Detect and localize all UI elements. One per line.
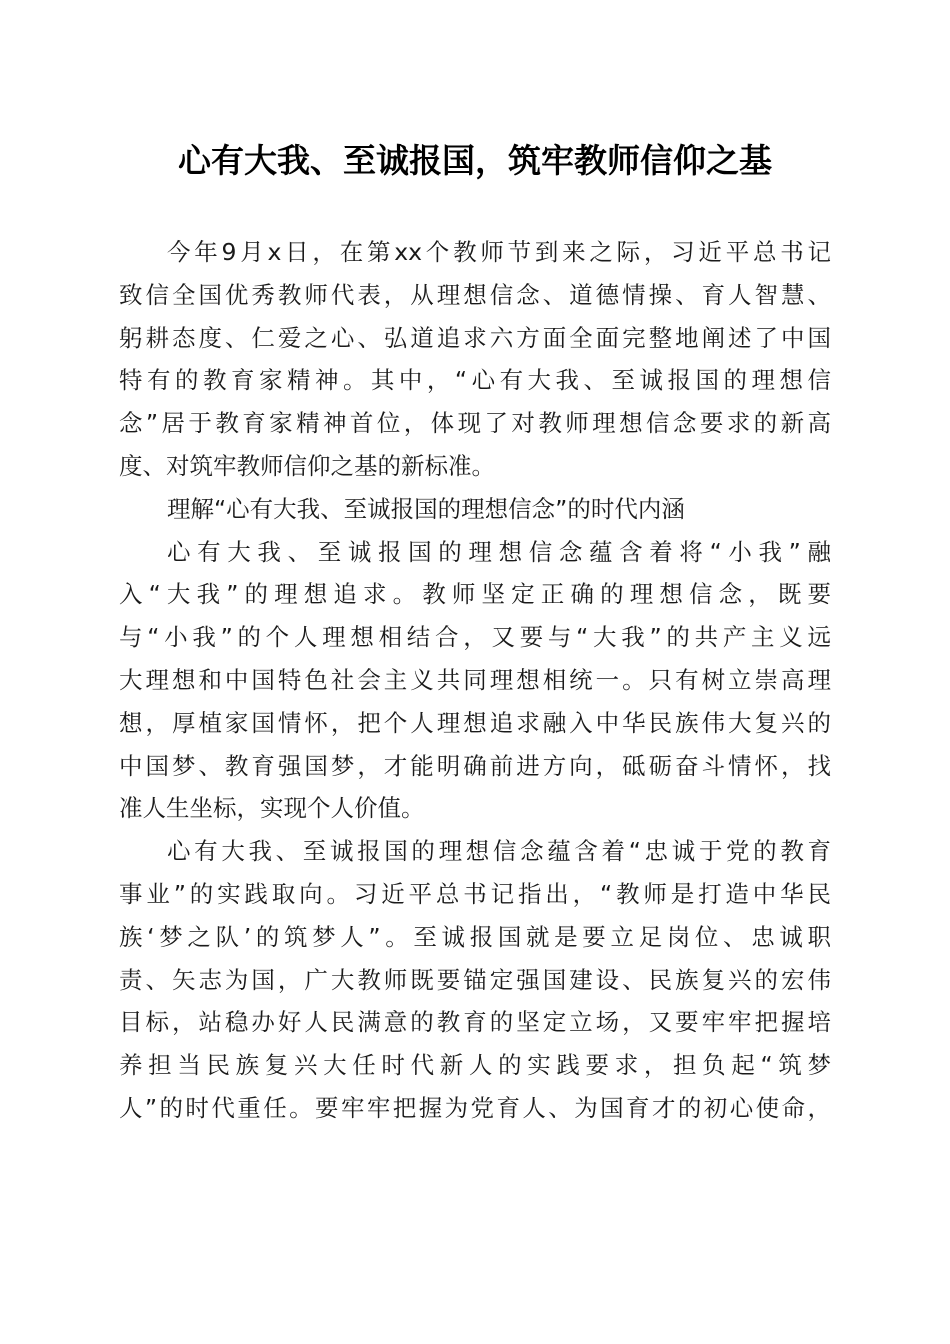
- text-line: 致信全国优秀教师代表，从理想信念、道德情操、育人智慧、: [119, 274, 831, 317]
- text-line: 躬耕态度、仁爱之心、弘道追求六方面全面完整地阐述了中国: [119, 317, 831, 360]
- text-line: 特有的教育家精神。其中，“心有大我、至诚报国的理想信: [119, 359, 831, 402]
- paragraph-practice-orientation: 心有大我、至诚报国的理想信念蕴含着“忠诚于党的教育 事业”的实践取向。习近平总书…: [119, 830, 831, 1130]
- text-line: 今年9月x日，在第xx个教师节到来之际，习近平总书记: [119, 231, 831, 274]
- text-line: 入“大我”的理想追求。教师坚定正确的理想信念，既要: [119, 573, 831, 616]
- paragraph-ideal-pursuit: 心有大我、至诚报国的理想信念蕴含着将“小我”融 入“大我”的理想追求。教师坚定正…: [119, 531, 831, 831]
- text-line: 心有大我、至诚报国的理想信念蕴含着将“小我”融: [119, 531, 831, 574]
- document-page: 心有大我、至诚报国，筑牢教师信仰之基 今年9月x日，在第xx个教师节到来之际，习…: [0, 0, 950, 1344]
- text-line: 与“小我”的个人理想相结合，又要与“大我”的共产主义远: [119, 616, 831, 659]
- text-line: 养担当民族复兴大任时代新人的实践要求，担负起“筑梦: [119, 1044, 831, 1087]
- text-line: 想，厚植家国情怀，把个人理想追求融入中华民族伟大复兴的: [119, 702, 831, 745]
- text-line: 心有大我、至诚报国的理想信念蕴含着“忠诚于党的教育: [119, 830, 831, 873]
- text-line: 度、对筑牢教师信仰之基的新标准。: [119, 445, 831, 488]
- text-line: 中国梦、教育强国梦，才能明确前进方向，砥砺奋斗情怀，找: [119, 745, 831, 788]
- text-line: 事业”的实践取向。习近平总书记指出，“教师是打造中华民: [119, 873, 831, 916]
- document-body: 今年9月x日，在第xx个教师节到来之际，习近平总书记 致信全国优秀教师代表，从理…: [119, 231, 831, 1130]
- section-heading-text: 理解“心有大我、至诚报国的理想信念”的时代内涵: [119, 488, 831, 531]
- text-line: 人”的时代重任。要牢牢把握为党育人、为国育才的初心使命，: [119, 1087, 831, 1130]
- text-line: 念”居于教育家精神首位，体现了对教师理想信念要求的新高: [119, 402, 831, 445]
- text-line: 目标，站稳办好人民满意的教育的坚定立场，又要牢牢把握培: [119, 1001, 831, 1044]
- document-title: 心有大我、至诚报国，筑牢教师信仰之基: [0, 136, 950, 186]
- text-line: 族‘梦之队’的筑梦人”。至诚报国就是要立足岗位、忠诚职: [119, 916, 831, 959]
- paragraph-intro: 今年9月x日，在第xx个教师节到来之际，习近平总书记 致信全国优秀教师代表，从理…: [119, 231, 831, 488]
- text-line: 责、矢志为国，广大教师既要锚定强国建设、民族复兴的宏伟: [119, 959, 831, 1002]
- text-line: 大理想和中国特色社会主义共同理想相统一。只有树立崇高理: [119, 659, 831, 702]
- text-line: 准人生坐标，实现个人价值。: [119, 787, 831, 830]
- section-heading: 理解“心有大我、至诚报国的理想信念”的时代内涵: [119, 488, 831, 531]
